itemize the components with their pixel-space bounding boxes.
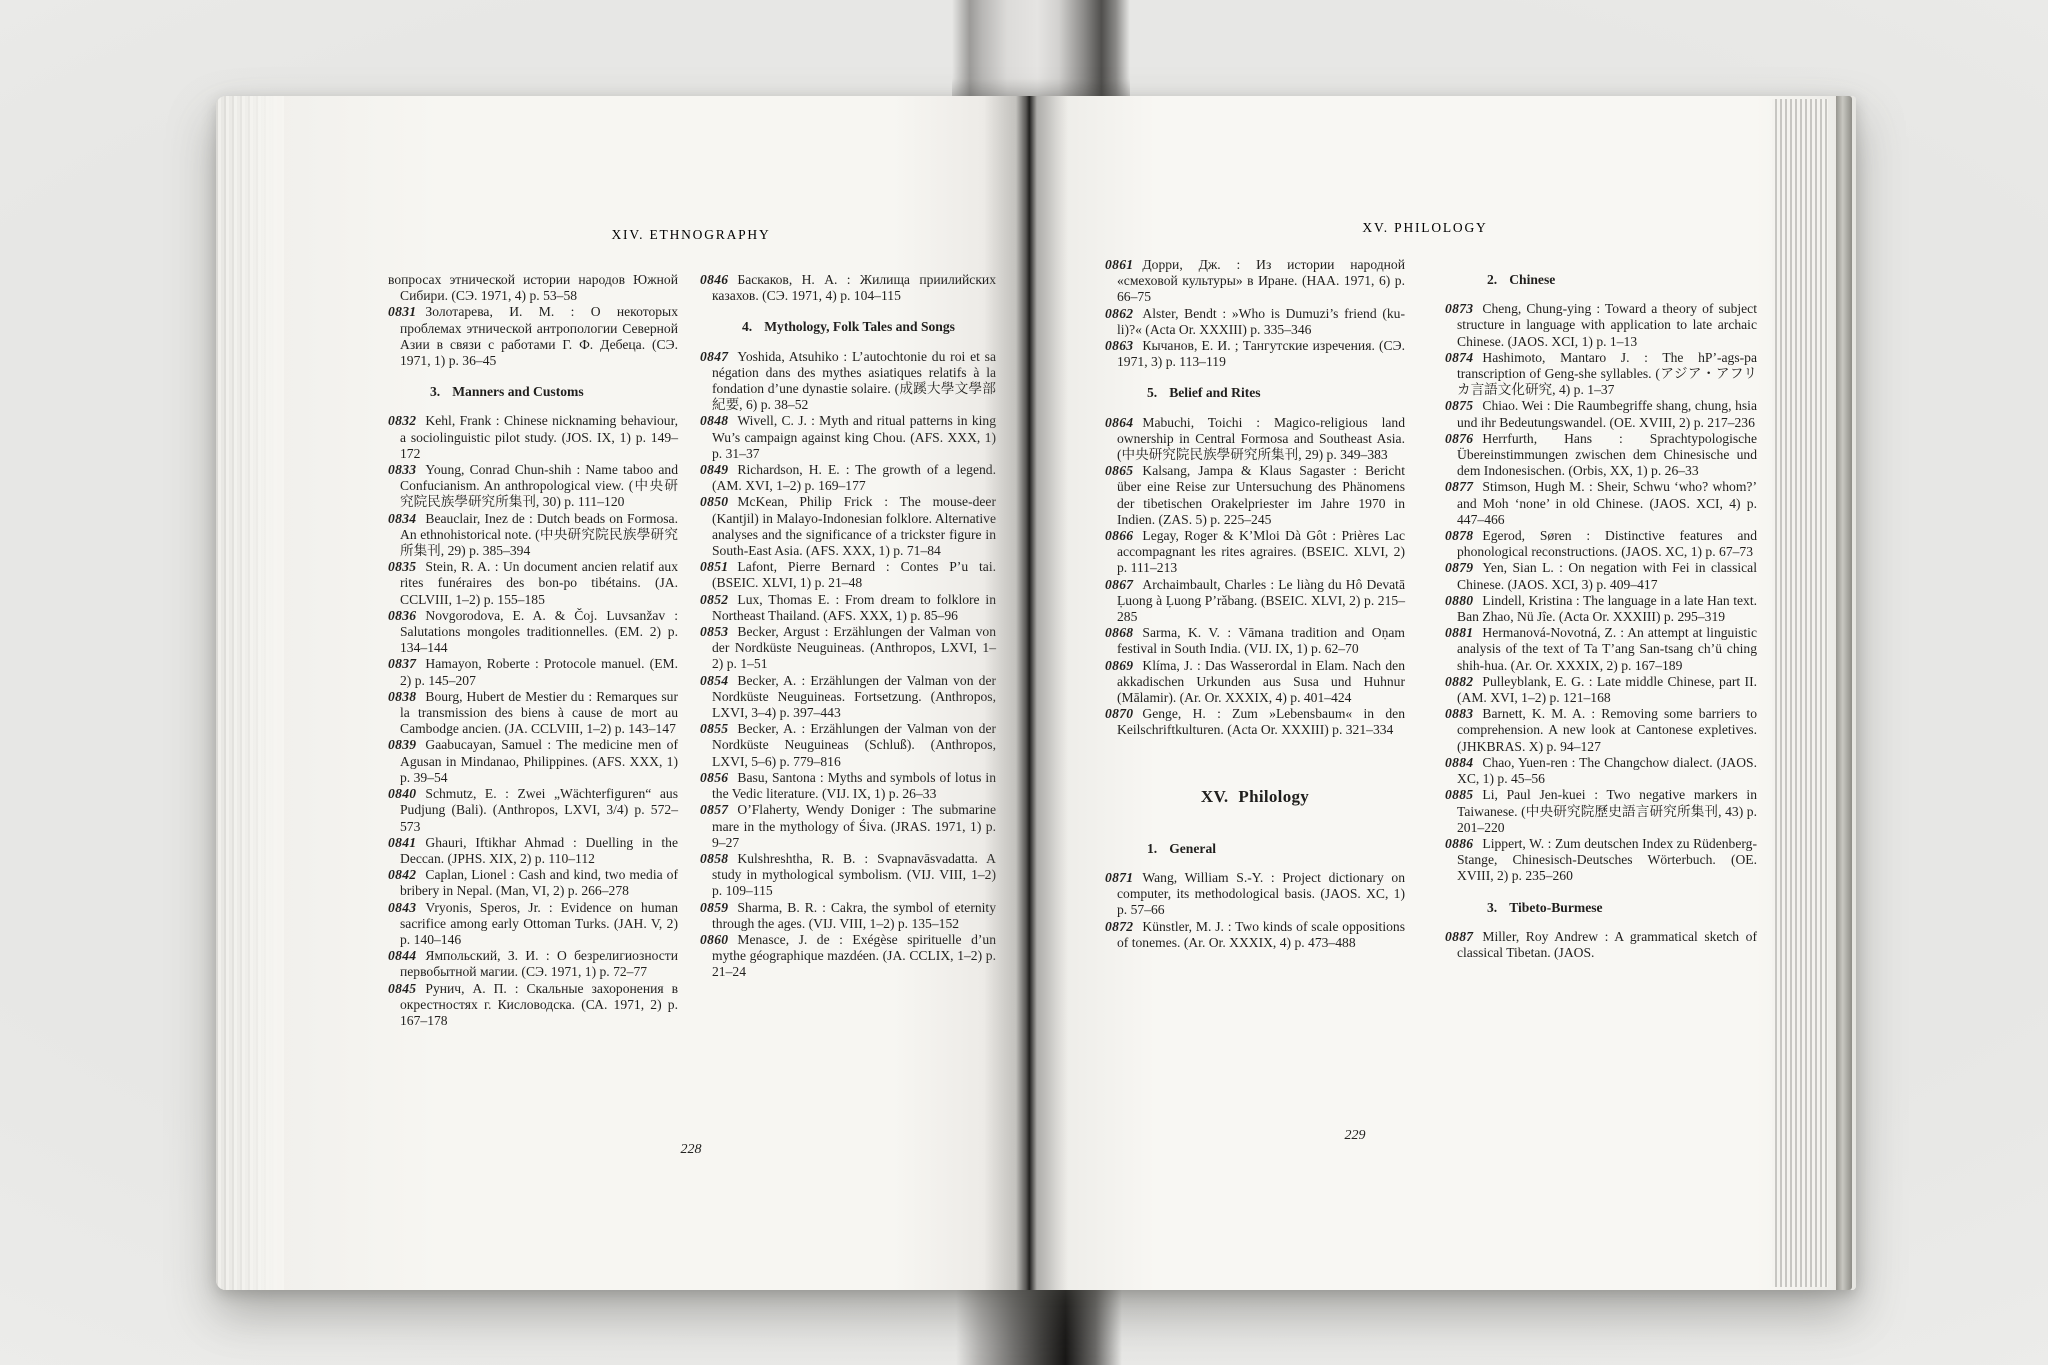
entry-number: 0882 (1445, 674, 1482, 689)
entry-text: Alster, Bendt : »Who is Dumuzi’s friend … (1117, 306, 1405, 337)
entry-text: Kehl, Frank : Chinese nicknaming behavio… (400, 413, 678, 460)
entry-text: Кычанов, Е. И. ; Тангутские изречения. (… (1117, 338, 1405, 369)
entry-text: Schmutz, E. : Zwei „Wächterfiguren“ aus … (400, 786, 678, 833)
entry-number: 1. (1147, 841, 1169, 856)
entry-number: 0833 (388, 462, 425, 477)
bibliography-entry: 0840Schmutz, E. : Zwei „Wächterfiguren“ … (388, 786, 678, 835)
entry-text: Belief and Rites (1169, 385, 1260, 400)
bibliography-entry: 0850McKean, Philip Frick : The mouse-dee… (700, 494, 996, 559)
bibliography-entry: 0856Basu, Santona : Myths and symbols of… (700, 770, 996, 802)
bibliography-entry: 0877Stimson, Hugh M. : Sheir, Schwu ‘who… (1445, 479, 1757, 528)
bibliography-entry: 0835Stein, R. A. : Un document ancien re… (388, 559, 678, 608)
entry-text: Sarma, K. V. : Vāmana tradition and Oṇam… (1117, 625, 1405, 656)
entry-number: 0851 (700, 559, 737, 574)
bibliography-entry: 0844Ямпольский, З. И. : О безрелигиознос… (388, 948, 678, 980)
entry-text: McKean, Philip Frick : The mouse-deer (K… (712, 494, 996, 558)
entry-number: 0860 (700, 932, 737, 947)
bibliography-entry: 3.Manners and Customs (388, 384, 678, 400)
bibliography-entry: 4.Mythology, Folk Tales and Songs (700, 319, 996, 335)
entry-number: 3. (1487, 900, 1509, 915)
entry-text: Becker, A. : Erzählungen der Valman von … (712, 673, 996, 720)
entry-text: Tibeto-Burmese (1509, 900, 1602, 915)
photo-background: XIV. ETHNOGRAPHY вопросах этнической ист… (0, 0, 2048, 1365)
bibliography-entry: 0874Hashimoto, Mantaro J. : The hP’-ags-… (1445, 350, 1757, 399)
entry-number: 0853 (700, 624, 737, 639)
entry-number: 0885 (1445, 787, 1482, 802)
bibliography-entry: вопросах этнической истории народов Южно… (388, 272, 678, 304)
entry-number: 0832 (388, 413, 425, 428)
bibliography-entry: 0882Pulleyblank, E. G. : Late middle Chi… (1445, 674, 1757, 706)
bibliography-entry: 0860Menasce, J. de : Exégèse spirituelle… (700, 932, 996, 981)
bibliography-entry: 0867Archaimbault, Charles : Le liàng du … (1105, 577, 1405, 626)
entry-text: Lux, Thomas E. : From dream to folklore … (712, 592, 996, 623)
entry-number: 0835 (388, 559, 425, 574)
right-page-column-2: 2.Chinese0873Cheng, Chung-ying : Toward … (1445, 257, 1757, 961)
entry-number: 0870 (1105, 706, 1142, 721)
entry-text: Pulleyblank, E. G. : Late middle Chinese… (1457, 674, 1757, 705)
entry-number: XV. (1201, 787, 1239, 806)
entry-text: Li, Paul Jen-kuei : Two negative markers… (1457, 787, 1757, 834)
book-cover-edge (1836, 96, 1852, 1290)
entry-number: 0856 (700, 770, 737, 785)
entry-text: Дорри, Дж. : Из истории народной «смехов… (1117, 257, 1405, 304)
entry-text: Sharma, B. R. : Cakra, the symbol of ete… (712, 900, 996, 931)
entry-number: 0846 (700, 272, 737, 287)
entry-text: Lippert, W. : Zum deutschen Index zu Rüd… (1457, 836, 1757, 883)
entry-number: 0847 (700, 349, 737, 364)
entry-text: Hamayon, Roberte : Protocole manuel. (EM… (400, 656, 678, 687)
entry-number: 0838 (388, 689, 425, 704)
running-head-right: XV. PHILOLOGY (1105, 220, 1745, 236)
entry-text: O’Flaherty, Wendy Doniger : The submarin… (712, 802, 996, 849)
bibliography-entry: 3.Tibeto-Burmese (1445, 900, 1757, 916)
entry-number: 0854 (700, 673, 737, 688)
bibliography-entry: 0868Sarma, K. V. : Vāmana tradition and … (1105, 625, 1405, 657)
entry-number: 0849 (700, 462, 737, 477)
page-edges-right (1772, 99, 1828, 1287)
entry-text: Philology (1238, 787, 1309, 806)
entry-number: 5. (1147, 385, 1169, 400)
entry-number: 0872 (1105, 919, 1142, 934)
entry-text: Золотарева, И. М. : О некоторых проблема… (400, 304, 678, 368)
page-number-right: 229 (1105, 1128, 1605, 1144)
entry-number: 4. (742, 319, 764, 334)
bibliography-entry: 0862Alster, Bendt : »Who is Dumuzi’s fri… (1105, 306, 1405, 338)
bibliography-entry: 0871Wang, William S.-Y. : Project dictio… (1105, 870, 1405, 919)
entry-number: 0865 (1105, 463, 1142, 478)
bibliography-entry: 0854Becker, A. : Erzählungen der Valman … (700, 673, 996, 722)
entry-number: 0840 (388, 786, 425, 801)
entry-text: Beauclair, Inez de : Dutch beads on Form… (400, 511, 678, 558)
entry-text: Gaabucayan, Samuel : The medicine men of… (400, 737, 678, 784)
bibliography-entry: 0855Becker, A. : Erzählungen der Valman … (700, 721, 996, 770)
bibliography-entry: 0831Золотарева, И. М. : О некоторых проб… (388, 304, 678, 369)
entry-text: Becker, Argust : Erzählungen der Valman … (712, 624, 996, 671)
bibliography-entry: 0865Kalsang, Jampa & Klaus Sagaster : Be… (1105, 463, 1405, 528)
entry-number: 0886 (1445, 836, 1482, 851)
bibliography-entry: 0847Yoshida, Atsuhiko : L’autochtonie du… (700, 349, 996, 414)
entry-number: 0839 (388, 737, 425, 752)
bibliography-entry: 0837Hamayon, Roberte : Protocole manuel.… (388, 656, 678, 688)
bibliography-entry: 0886Lippert, W. : Zum deutschen Index zu… (1445, 836, 1757, 885)
entry-text: Manners and Customs (452, 384, 583, 399)
entry-number: 0883 (1445, 706, 1482, 721)
entry-number: 0845 (388, 981, 425, 996)
bibliography-entry: 0876Herrfurth, Hans : Sprachtypologische… (1445, 431, 1757, 480)
entry-text: Chinese (1509, 272, 1555, 287)
entry-text: Stein, R. A. : Un document ancien relati… (400, 559, 678, 606)
bibliography-entry: 0863Кычанов, Е. И. ; Тангутские изречени… (1105, 338, 1405, 370)
entry-number: 0869 (1105, 658, 1142, 673)
bibliography-entry: 0861Дорри, Дж. : Из истории народной «см… (1105, 257, 1405, 306)
entry-number: 0880 (1445, 593, 1482, 608)
entry-number: 0858 (700, 851, 737, 866)
entry-number: 0863 (1105, 338, 1142, 353)
entry-number: 0862 (1105, 306, 1142, 321)
page-right: XV. PHILOLOGY 0861Дорри, Дж. : Из истори… (1022, 96, 1856, 1290)
bibliography-entry: 0833Young, Conrad Chun-shih : Name taboo… (388, 462, 678, 511)
entry-number: 0843 (388, 900, 425, 915)
page-number-left: 228 (388, 1142, 994, 1158)
bibliography-entry: 0838Bourg, Hubert de Mestier du : Remarq… (388, 689, 678, 738)
entry-text: Richardson, H. E. : The growth of a lege… (712, 462, 996, 493)
bibliography-entry: 0845Рунич, А. П. : Скальные захоронения … (388, 981, 678, 1030)
bibliography-entry: 0832Kehl, Frank : Chinese nicknaming beh… (388, 413, 678, 462)
entry-number: 0879 (1445, 560, 1482, 575)
bibliography-entry: 0849Richardson, H. E. : The growth of a … (700, 462, 996, 494)
entry-text: Ghauri, Iftikhar Ahmad : Duelling in the… (400, 835, 678, 866)
entry-text: Lafont, Pierre Bernard : Contes P’u tai.… (712, 559, 996, 590)
entry-number: 0836 (388, 608, 425, 623)
bibliography-entry: 0846Баскаков, Н. А. : Жилища приилийских… (700, 272, 996, 304)
bibliography-entry: 0866Legay, Roger & K’Mloi Dà Gôt : Prièr… (1105, 528, 1405, 577)
bibliography-entry: 0848Wivell, C. J. : Myth and ritual patt… (700, 413, 996, 462)
entry-text: Wang, William S.-Y. : Project dictionary… (1117, 870, 1405, 917)
open-book: XIV. ETHNOGRAPHY вопросах этнической ист… (216, 96, 1856, 1290)
bibliography-entry: 1.General (1105, 841, 1405, 857)
bibliography-entry: 0885Li, Paul Jen-kuei : Two negative mar… (1445, 787, 1757, 836)
bibliography-entry: 0857O’Flaherty, Wendy Doniger : The subm… (700, 802, 996, 851)
left-page-column-1: вопросах этнической истории народов Южно… (388, 272, 678, 1029)
page-left: XIV. ETHNOGRAPHY вопросах этнической ист… (216, 96, 1022, 1290)
bibliography-entry: 0875Chiao. Wei : Die Raumbegriffe shang,… (1445, 398, 1757, 430)
entry-number: 0868 (1105, 625, 1142, 640)
entry-text: Yoshida, Atsuhiko : L’autochtonie du roi… (712, 349, 996, 413)
bibliography-entry: 2.Chinese (1445, 272, 1757, 288)
entry-text: Menasce, J. de : Exégèse spirituelle d’u… (712, 932, 996, 979)
entry-text: Vryonis, Speros, Jr. : Evidence on human… (400, 900, 678, 947)
entry-text: Barnett, K. M. A. : Removing some barrie… (1457, 706, 1757, 753)
entry-number: 0884 (1445, 755, 1482, 770)
bibliography-entry: 0881Hermanová-Novotná, Z. : An attempt a… (1445, 625, 1757, 674)
entry-number: 0834 (388, 511, 425, 526)
entry-number: 0881 (1445, 625, 1482, 640)
entry-text: Becker, A. : Erzählungen der Valman von … (712, 721, 996, 768)
entry-text: Wivell, C. J. : Myth and ritual patterns… (712, 413, 996, 460)
bibliography-entry: 0873Cheng, Chung-ying : Toward a theory … (1445, 301, 1757, 350)
entry-text: General (1169, 841, 1216, 856)
entry-text: Basu, Santona : Myths and symbols of lot… (712, 770, 996, 801)
entry-text: Bourg, Hubert de Mestier du : Remarques … (400, 689, 678, 736)
entry-text: Mythology, Folk Tales and Songs (764, 319, 955, 334)
entry-text: Caplan, Lionel : Cash and kind, two medi… (400, 867, 678, 898)
bibliography-entry: 0878Egerod, Søren : Distinctive features… (1445, 528, 1757, 560)
entry-number: 2. (1487, 272, 1509, 287)
entry-number: 0861 (1105, 257, 1142, 272)
entry-text: Künstler, M. J. : Two kinds of scale opp… (1117, 919, 1405, 950)
entry-text: Cheng, Chung-ying : Toward a theory of s… (1457, 301, 1757, 348)
entry-text: Legay, Roger & K’Mloi Dà Gôt : Prières L… (1117, 528, 1405, 575)
entry-number: 0831 (388, 304, 425, 319)
entry-text: Kulshreshtha, R. B. : Svapnavāsvadatta. … (712, 851, 996, 898)
entry-text: Herrfurth, Hans : Sprachtypologische Übe… (1457, 431, 1757, 478)
entry-number: 0866 (1105, 528, 1142, 543)
entry-number: 0848 (700, 413, 737, 428)
bibliography-entry: 0887Miller, Roy Andrew : A grammatical s… (1445, 929, 1757, 961)
bibliography-entry: 5.Belief and Rites (1105, 385, 1405, 401)
bibliography-entry: 0879Yen, Sian L. : On negation with Fei … (1445, 560, 1757, 592)
entry-number: 0864 (1105, 415, 1142, 430)
entry-text: Archaimbault, Charles : Le liàng du Hô D… (1117, 577, 1405, 624)
bibliography-entry: XV.Philology (1105, 787, 1405, 807)
entry-number: 0873 (1445, 301, 1482, 316)
entry-number: 0857 (700, 802, 737, 817)
bibliography-entry: 0843Vryonis, Speros, Jr. : Evidence on h… (388, 900, 678, 949)
entry-number: 0867 (1105, 577, 1142, 592)
bibliography-entry: 0883Barnett, K. M. A. : Removing some ba… (1445, 706, 1757, 755)
bibliography-entry: 0869Klíma, J. : Das Wasserordal in Elam.… (1105, 658, 1405, 707)
entry-text: Hashimoto, Mantaro J. : The hP’-ags-pa t… (1457, 350, 1757, 397)
entry-number: 0844 (388, 948, 425, 963)
entry-text: Klíma, J. : Das Wasserordal in Elam. Nac… (1117, 658, 1405, 705)
entry-text: Mabuchi, Toichi : Magico-religious land … (1117, 415, 1405, 462)
entry-number: 0859 (700, 900, 737, 915)
entry-number: 0875 (1445, 398, 1482, 413)
entry-text: вопросах этнической истории народов Южно… (388, 272, 678, 303)
entry-number: 0874 (1445, 350, 1482, 365)
bibliography-entry: 0864Mabuchi, Toichi : Magico-religious l… (1105, 415, 1405, 464)
bibliography-entry: 0884Chao, Yuen-ren : The Changchow diale… (1445, 755, 1757, 787)
entry-text: Yen, Sian L. : On negation with Fei in c… (1457, 560, 1757, 591)
entry-text: Stimson, Hugh M. : Sheir, Schwu ‘who? wh… (1457, 479, 1757, 526)
entry-text: Young, Conrad Chun-shih : Name taboo and… (400, 462, 678, 509)
bibliography-entry: 0841Ghauri, Iftikhar Ahmad : Duelling in… (388, 835, 678, 867)
entry-number: 0842 (388, 867, 425, 882)
entry-text: Ямпольский, З. И. : О безрелигиозности п… (400, 948, 678, 979)
entry-text: Lindell, Kristina : The language in a la… (1457, 593, 1757, 624)
entry-text: Chao, Yuen-ren : The Changchow dialect. … (1457, 755, 1757, 786)
entry-number: 0871 (1105, 870, 1142, 885)
entry-text: Novgorodova, E. A. & Čoj. Luvsanžav : Sa… (400, 608, 678, 655)
bibliography-entry: 0870Genge, H. : Zum »Lebensbaum« in den … (1105, 706, 1405, 738)
entry-number: 0850 (700, 494, 737, 509)
bibliography-entry: 0880Lindell, Kristina : The language in … (1445, 593, 1757, 625)
entry-number: 0887 (1445, 929, 1482, 944)
bibliography-entry: 0839Gaabucayan, Samuel : The medicine me… (388, 737, 678, 786)
entry-number: 0876 (1445, 431, 1482, 446)
bibliography-entry: 0852Lux, Thomas E. : From dream to folkl… (700, 592, 996, 624)
entry-number: 0841 (388, 835, 425, 850)
bibliography-entry: 0859Sharma, B. R. : Cakra, the symbol of… (700, 900, 996, 932)
left-page-column-2: 0846Баскаков, Н. А. : Жилища приилийских… (700, 272, 996, 981)
entry-text: Hermanová-Novotná, Z. : An attempt at li… (1457, 625, 1757, 672)
entry-text: Miller, Roy Andrew : A grammatical sketc… (1457, 929, 1757, 960)
bibliography-entry: 0836Novgorodova, E. A. & Čoj. Luvsanžav … (388, 608, 678, 657)
bibliography-entry: 0853Becker, Argust : Erzählungen der Val… (700, 624, 996, 673)
entry-number: 3. (430, 384, 452, 399)
entry-number: 0878 (1445, 528, 1482, 543)
entry-number: 0877 (1445, 479, 1482, 494)
entry-number: 0855 (700, 721, 737, 736)
right-page-column-1: 0861Дорри, Дж. : Из истории народной «см… (1105, 257, 1405, 951)
entry-text: Egerod, Søren : Distinctive features and… (1457, 528, 1757, 559)
entry-text: Рунич, А. П. : Скальные захоронения в ок… (400, 981, 678, 1028)
entry-text: Баскаков, Н. А. : Жилища приилийских каз… (712, 272, 996, 303)
entry-text: Genge, H. : Zum »Lebensbaum« in den Keil… (1117, 706, 1405, 737)
bibliography-entry: 0872Künstler, M. J. : Two kinds of scale… (1105, 919, 1405, 951)
page-edges-left (216, 96, 284, 1290)
entry-text: Chiao. Wei : Die Raumbegriffe shang, chu… (1457, 398, 1757, 429)
bibliography-entry: 0858Kulshreshtha, R. B. : Svapnavāsvadat… (700, 851, 996, 900)
book-spine-bottom (956, 1282, 1122, 1365)
running-head-left: XIV. ETHNOGRAPHY (388, 227, 994, 243)
entry-number: 0852 (700, 592, 737, 607)
entry-text: Kalsang, Jampa & Klaus Sagaster : Berich… (1117, 463, 1405, 527)
entry-number: 0837 (388, 656, 425, 671)
bibliography-entry: 0842Caplan, Lionel : Cash and kind, two … (388, 867, 678, 899)
bibliography-entry: 0834Beauclair, Inez de : Dutch beads on … (388, 511, 678, 560)
bibliography-entry: 0851Lafont, Pierre Bernard : Contes P’u … (700, 559, 996, 591)
